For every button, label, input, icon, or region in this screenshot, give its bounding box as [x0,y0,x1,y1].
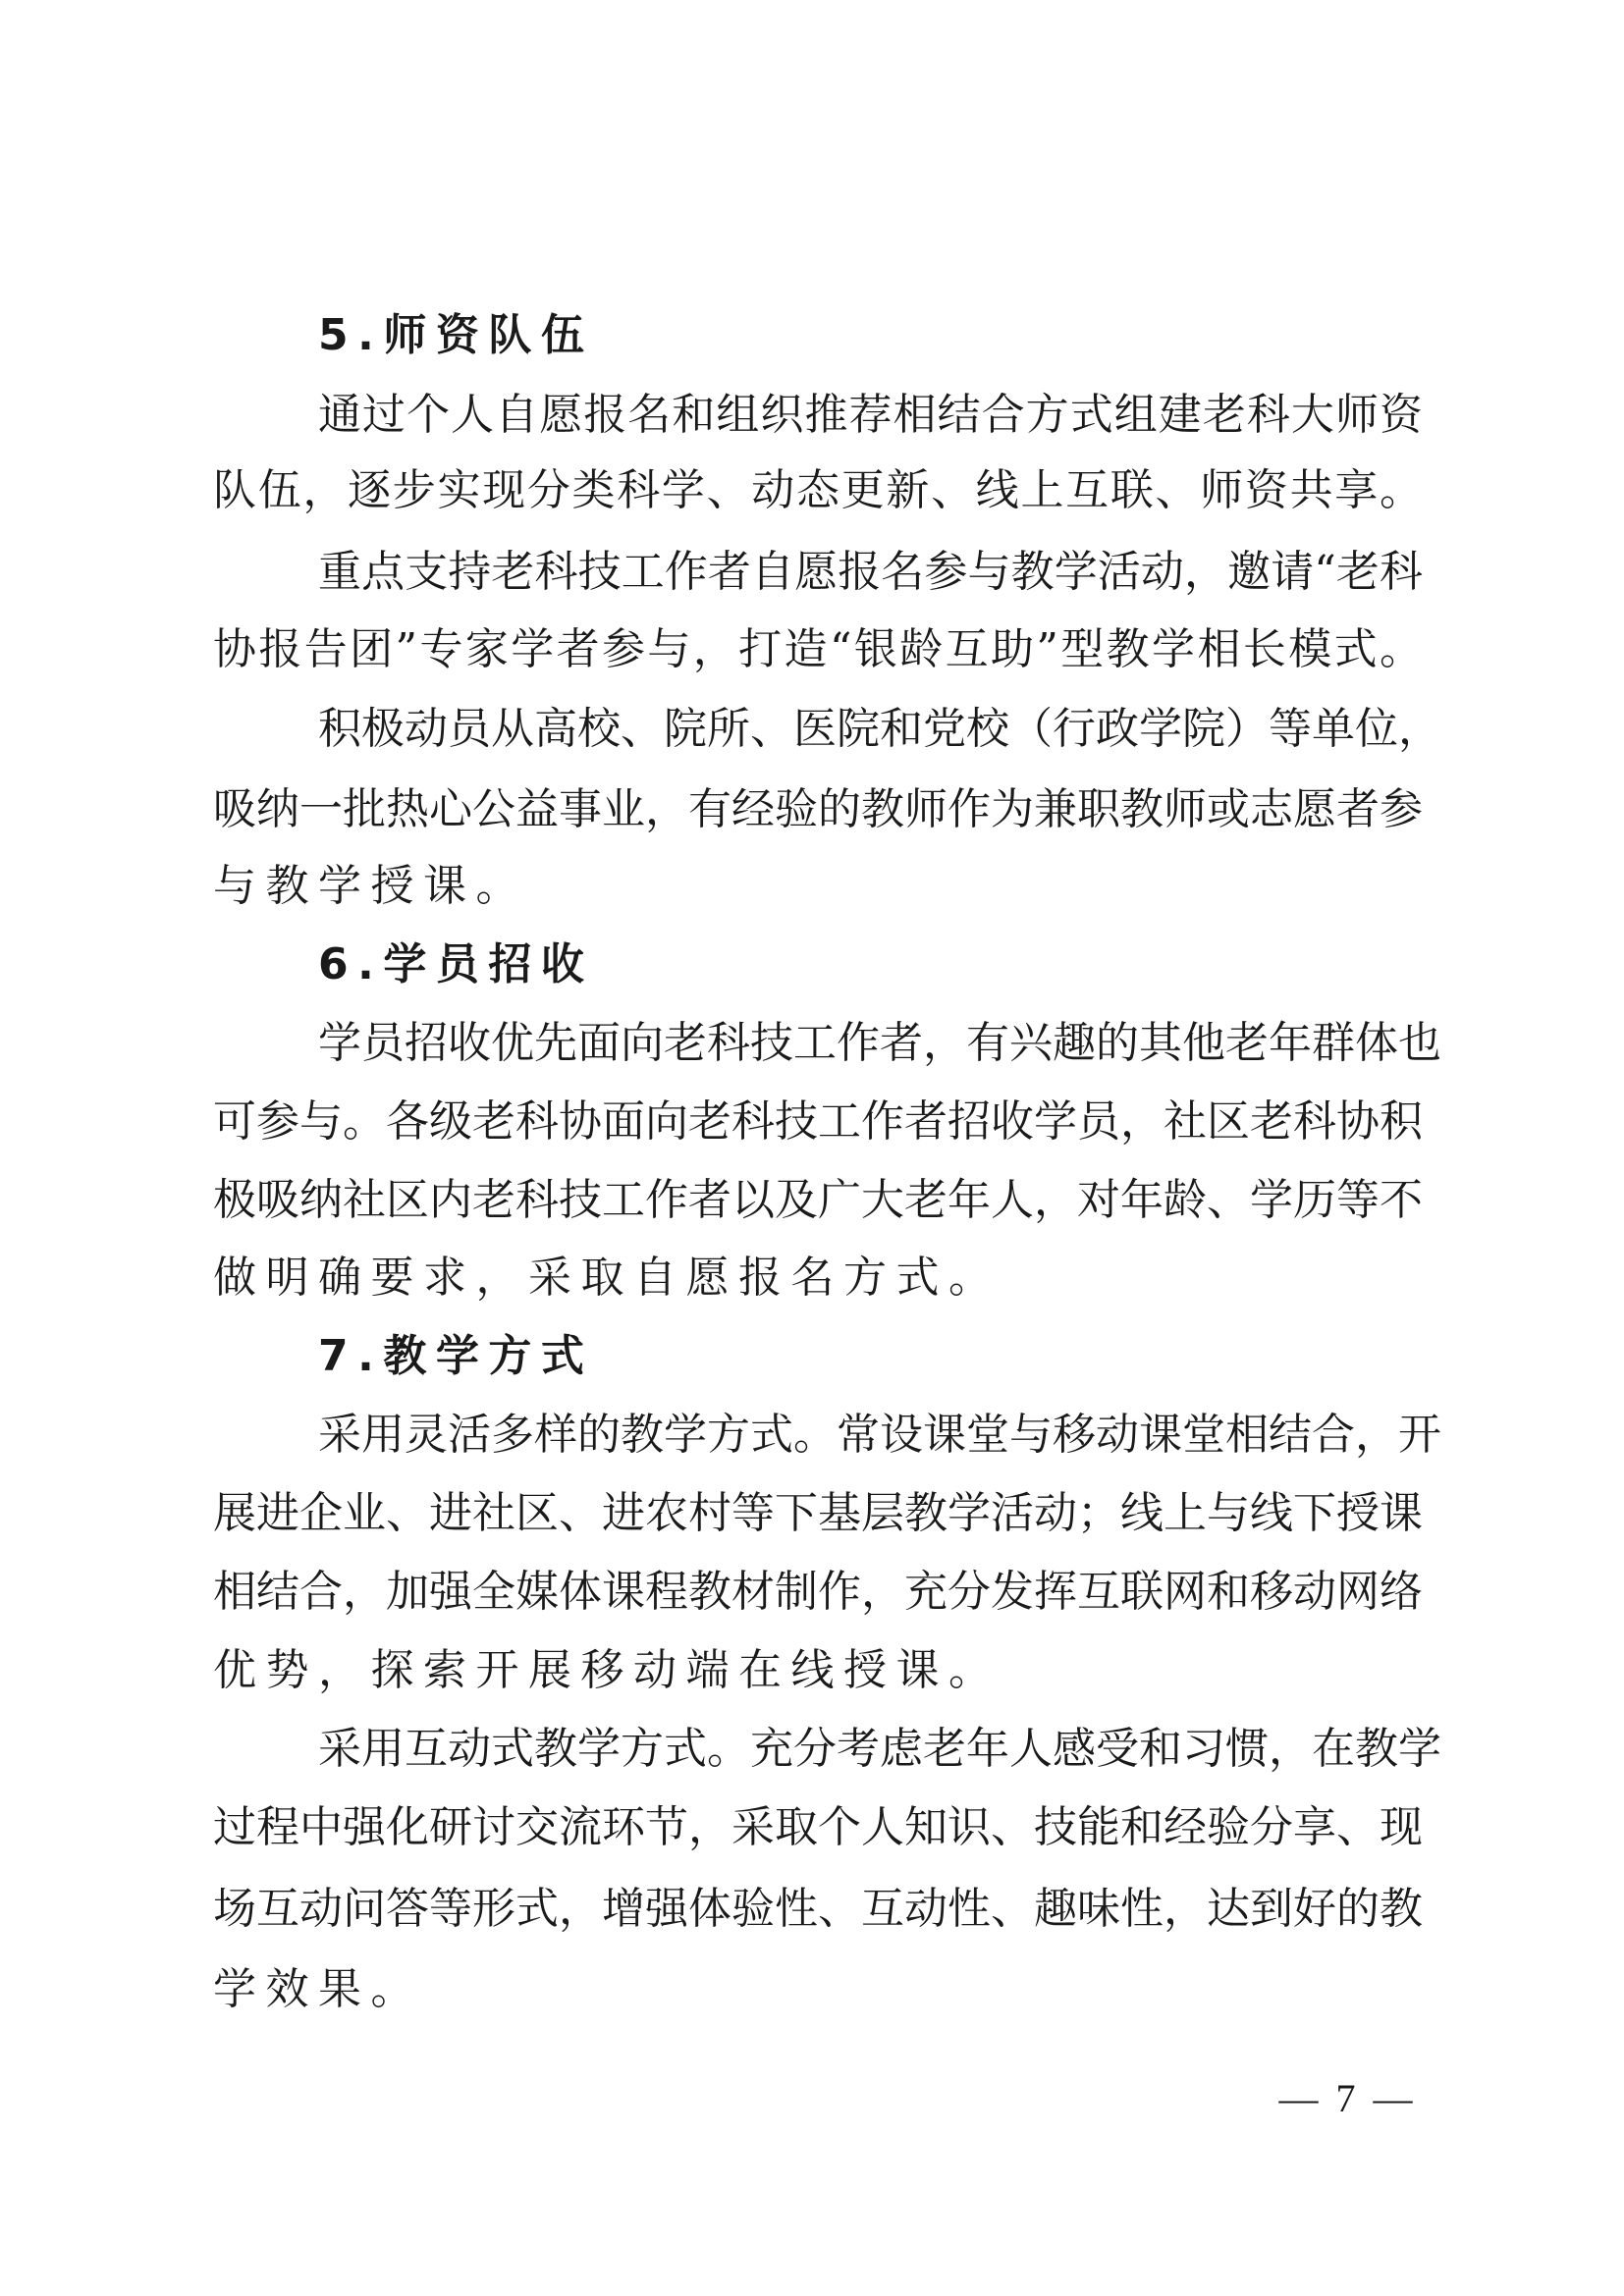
paragraph-line: 采用灵活多样的教学方式。常设课堂与移动课堂相结合，开 [318,1396,1423,1474]
paragraph-line: 积极动员从高校、院所、医院和党校（行政学院）等单位， [318,690,1423,769]
paragraph-line: 可参与。各级老科协面向老科技工作者招收学员，社区老科协积 [213,1083,1423,1161]
paragraph-line: 吸纳一批热心公益事业，有经验的教师作为兼职教师或志愿者参 [213,771,1423,849]
section-heading-student-enrollment: 6.学员招收 [318,926,1528,1004]
paragraph-line: 队伍，逐步实现分类科学、动态更新、线上互联、师资共享。 [213,452,1423,530]
paragraph-line: 展进企业、进社区、进农村等下基层教学活动；线上与线下授课 [213,1474,1423,1553]
page-number: — 7 — [1276,2071,1419,2126]
paragraph-line: 过程中强化研讨交流环节，采取个人知识、技能和经验分享、现 [213,1789,1423,1867]
paragraph-line: 与教学授课。 [213,847,1423,926]
paragraph-line: 协报告团”专家学者参与，打造“银龄互助”型教学相长模式。 [213,611,1423,689]
paragraph-line: 学员招收优先面向老科技工作者，有兴趣的其他老年群体也 [318,1004,1423,1083]
paragraph-line: 重点支持老科技工作者自愿报名参与教学活动，邀请“老科 [318,533,1423,612]
paragraph-line: 相结合，加强全媒体课程教材制作，充分发挥互联网和移动网络 [213,1553,1423,1631]
document-page: 5.师资队伍 通过个人自愿报名和组织推荐相结合方式组建老科大师资 队伍，逐步实现… [0,0,1624,2296]
paragraph-line: 优势，探索开展移动端在线授课。 [213,1631,1423,1710]
section-heading-teaching-methods: 7.教学方式 [318,1317,1528,1396]
paragraph-line: 极吸纳社区内老科技工作者以及广大老年人，对年龄、学历等不 [213,1161,1423,1240]
paragraph-line: 场互动问答等形式，增强体验性、互动性、趣味性，达到好的教 [213,1870,1423,1949]
paragraph-line: 采用互动式教学方式。充分考虑老年人感受和习惯，在教学 [318,1710,1423,1789]
paragraph-line: 通过个人自愿报名和组织推荐相结合方式组建老科大师资 [318,376,1423,454]
section-heading-teachers: 5.师资队伍 [318,296,1528,375]
paragraph-line: 做明确要求，采取自愿报名方式。 [213,1239,1423,1317]
paragraph-line: 学效果。 [213,1950,1423,2029]
